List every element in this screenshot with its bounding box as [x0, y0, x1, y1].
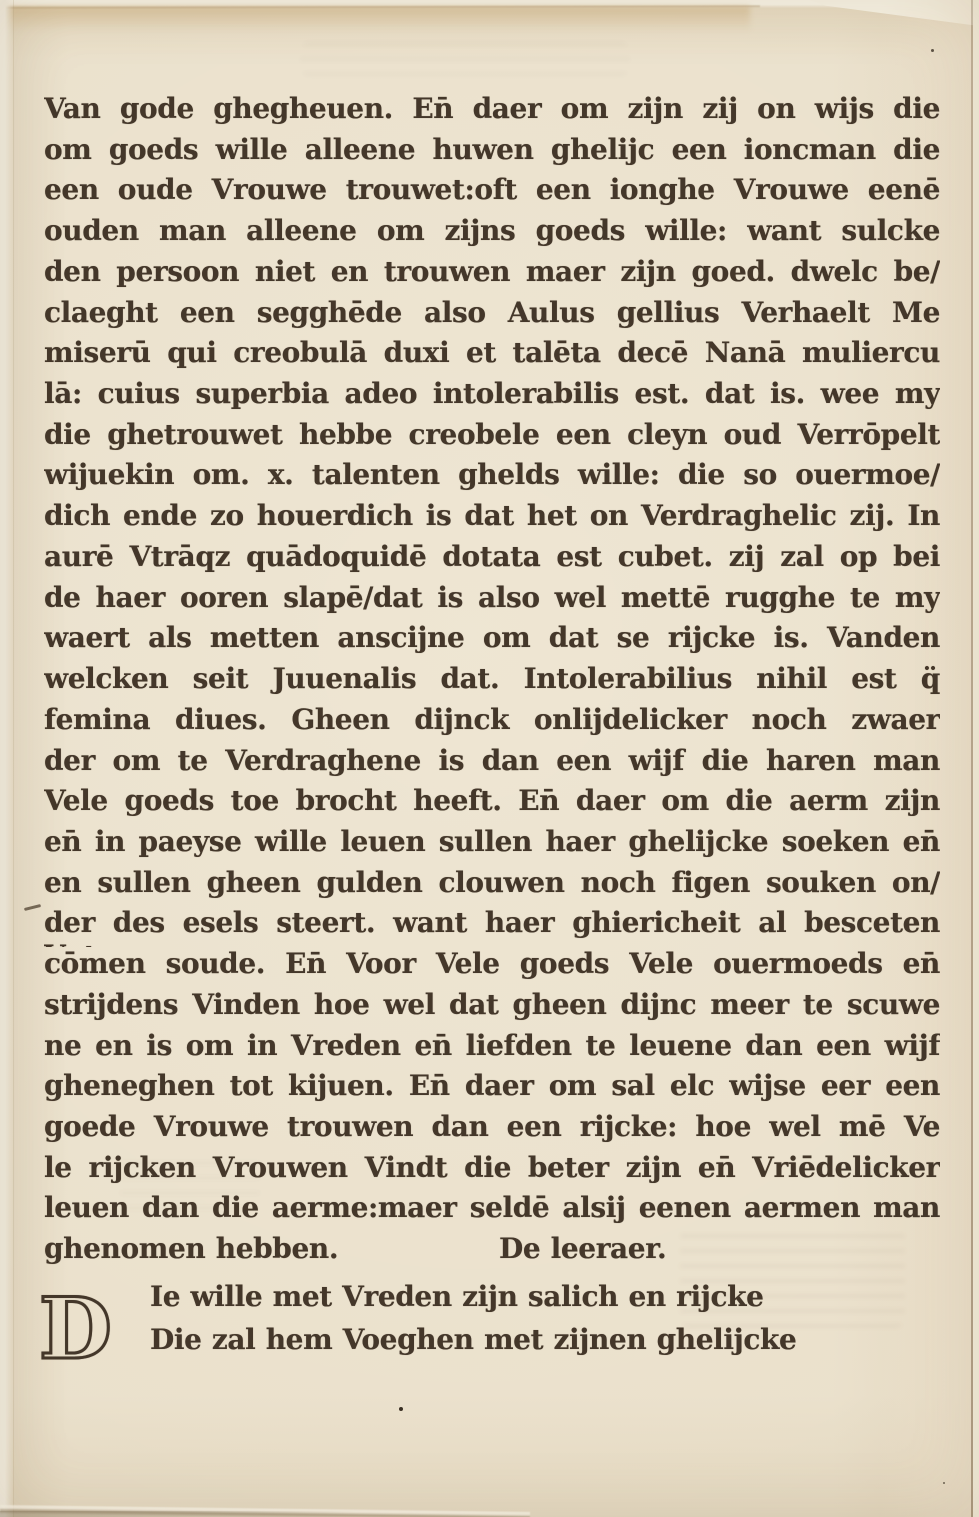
- page-corner-bottom-left: [0, 1511, 360, 1517]
- text-line: den persoon niet en trouwen maer zijn go…: [44, 255, 940, 296]
- text-line: cōmen soude. En̄ Voor Vele goeds Vele ou…: [44, 947, 940, 988]
- ink-speck: [931, 49, 934, 52]
- text-line: een oude Vrouwe trouwet:oft een ionghe V…: [44, 173, 940, 214]
- text-line: Vele goeds toe brocht heeft. En̄ daer om…: [44, 784, 940, 825]
- page-edge-right-sliver: [973, 0, 979, 1517]
- verse-line: Ie wille met Vreden zijn salich en rijck…: [150, 1280, 940, 1323]
- closing-left-text: ghenomen hebben.: [44, 1232, 338, 1265]
- text-line: waert als metten anscijne om dat se rijc…: [44, 621, 940, 662]
- ink-speck: [399, 1407, 403, 1411]
- section-label: De leeraer.: [499, 1232, 666, 1265]
- text-line: ne en is om in Vreden en̄ liefden te leu…: [44, 1029, 940, 1070]
- book-page: Van gode ghegheuen. En̄ daer om zijn zij…: [0, 0, 979, 1517]
- text-line: de haer ooren slapē/dat is also wel mett…: [44, 581, 940, 622]
- text-line: le rijcken Vrouwen Vindt die beter zijn …: [44, 1151, 940, 1192]
- bleed-through-ghost: [300, 42, 630, 76]
- text-line: en sullen gheen gulden clouwen noch fige…: [44, 866, 940, 907]
- text-line: goede Vrouwe trouwen dan een rijcke: hoe…: [44, 1110, 940, 1151]
- verse-line: Die zal hem Voeghen met zijnen ghelijcke: [150, 1323, 940, 1366]
- text-line: der om te Verdraghene is dan een wijf di…: [44, 744, 940, 785]
- text-line: die ghetrouwet hebbe creobele een cleyn …: [44, 418, 940, 459]
- closing-line: ghenomen hebben. De leeraer.: [44, 1232, 940, 1273]
- text-line: strijdens Vinden hoe wel dat gheen dijnc…: [44, 988, 940, 1029]
- svg-text:D: D: [39, 1282, 111, 1374]
- page-edge-left: [0, 0, 14, 1517]
- paper-toning-top: [0, 6, 750, 32]
- page-edge-left-line: [13, 0, 14, 1517]
- text-line: lā: cuius superbia adeo intolerabilis es…: [44, 377, 940, 418]
- text-line: der des esels steert. want haer ghierich…: [44, 906, 940, 947]
- text-line: wijuekin om. x. talenten ghelds wille: d…: [44, 458, 940, 499]
- text-line: en̄ in paeyse wille leuen sullen haer gh…: [44, 825, 940, 866]
- text-block: Van gode ghegheuen. En̄ daer om zijn zij…: [44, 92, 940, 1366]
- ink-speck: [943, 1482, 945, 1484]
- drop-cap-initial: D: [38, 1282, 116, 1374]
- text-line: miserū qui creobulā duxi et talēta decē …: [44, 336, 940, 377]
- verse-block: D Ie wille met Vreden zijn salich en rij…: [44, 1280, 940, 1366]
- text-line: aurē Vtrāqz quādoquidē dotata est cubet.…: [44, 540, 940, 581]
- text-line: dich ende zo houerdich is dat het on Ver…: [44, 499, 940, 540]
- text-line: Van gode ghegheuen. En̄ daer om zijn zij…: [44, 92, 940, 133]
- handwritten-margin-mark: [24, 904, 41, 911]
- text-line: om goeds wille alleene huwen ghelijc een…: [44, 133, 940, 174]
- text-line: femina diues. Gheen dijnck onlijdelicker…: [44, 703, 940, 744]
- text-line: welcken seit Juuenalis dat. Intolerabili…: [44, 662, 940, 703]
- text-line: gheneghen tot kijuen. En̄ daer om sal el…: [44, 1069, 940, 1110]
- text-line: leuen dan die aerme:maer seldē alsij een…: [44, 1191, 940, 1232]
- text-line: claeght een segghēde also Aulus gellius …: [44, 296, 940, 337]
- text-line: ouden man alleene om zijns goeds wille: …: [44, 214, 940, 255]
